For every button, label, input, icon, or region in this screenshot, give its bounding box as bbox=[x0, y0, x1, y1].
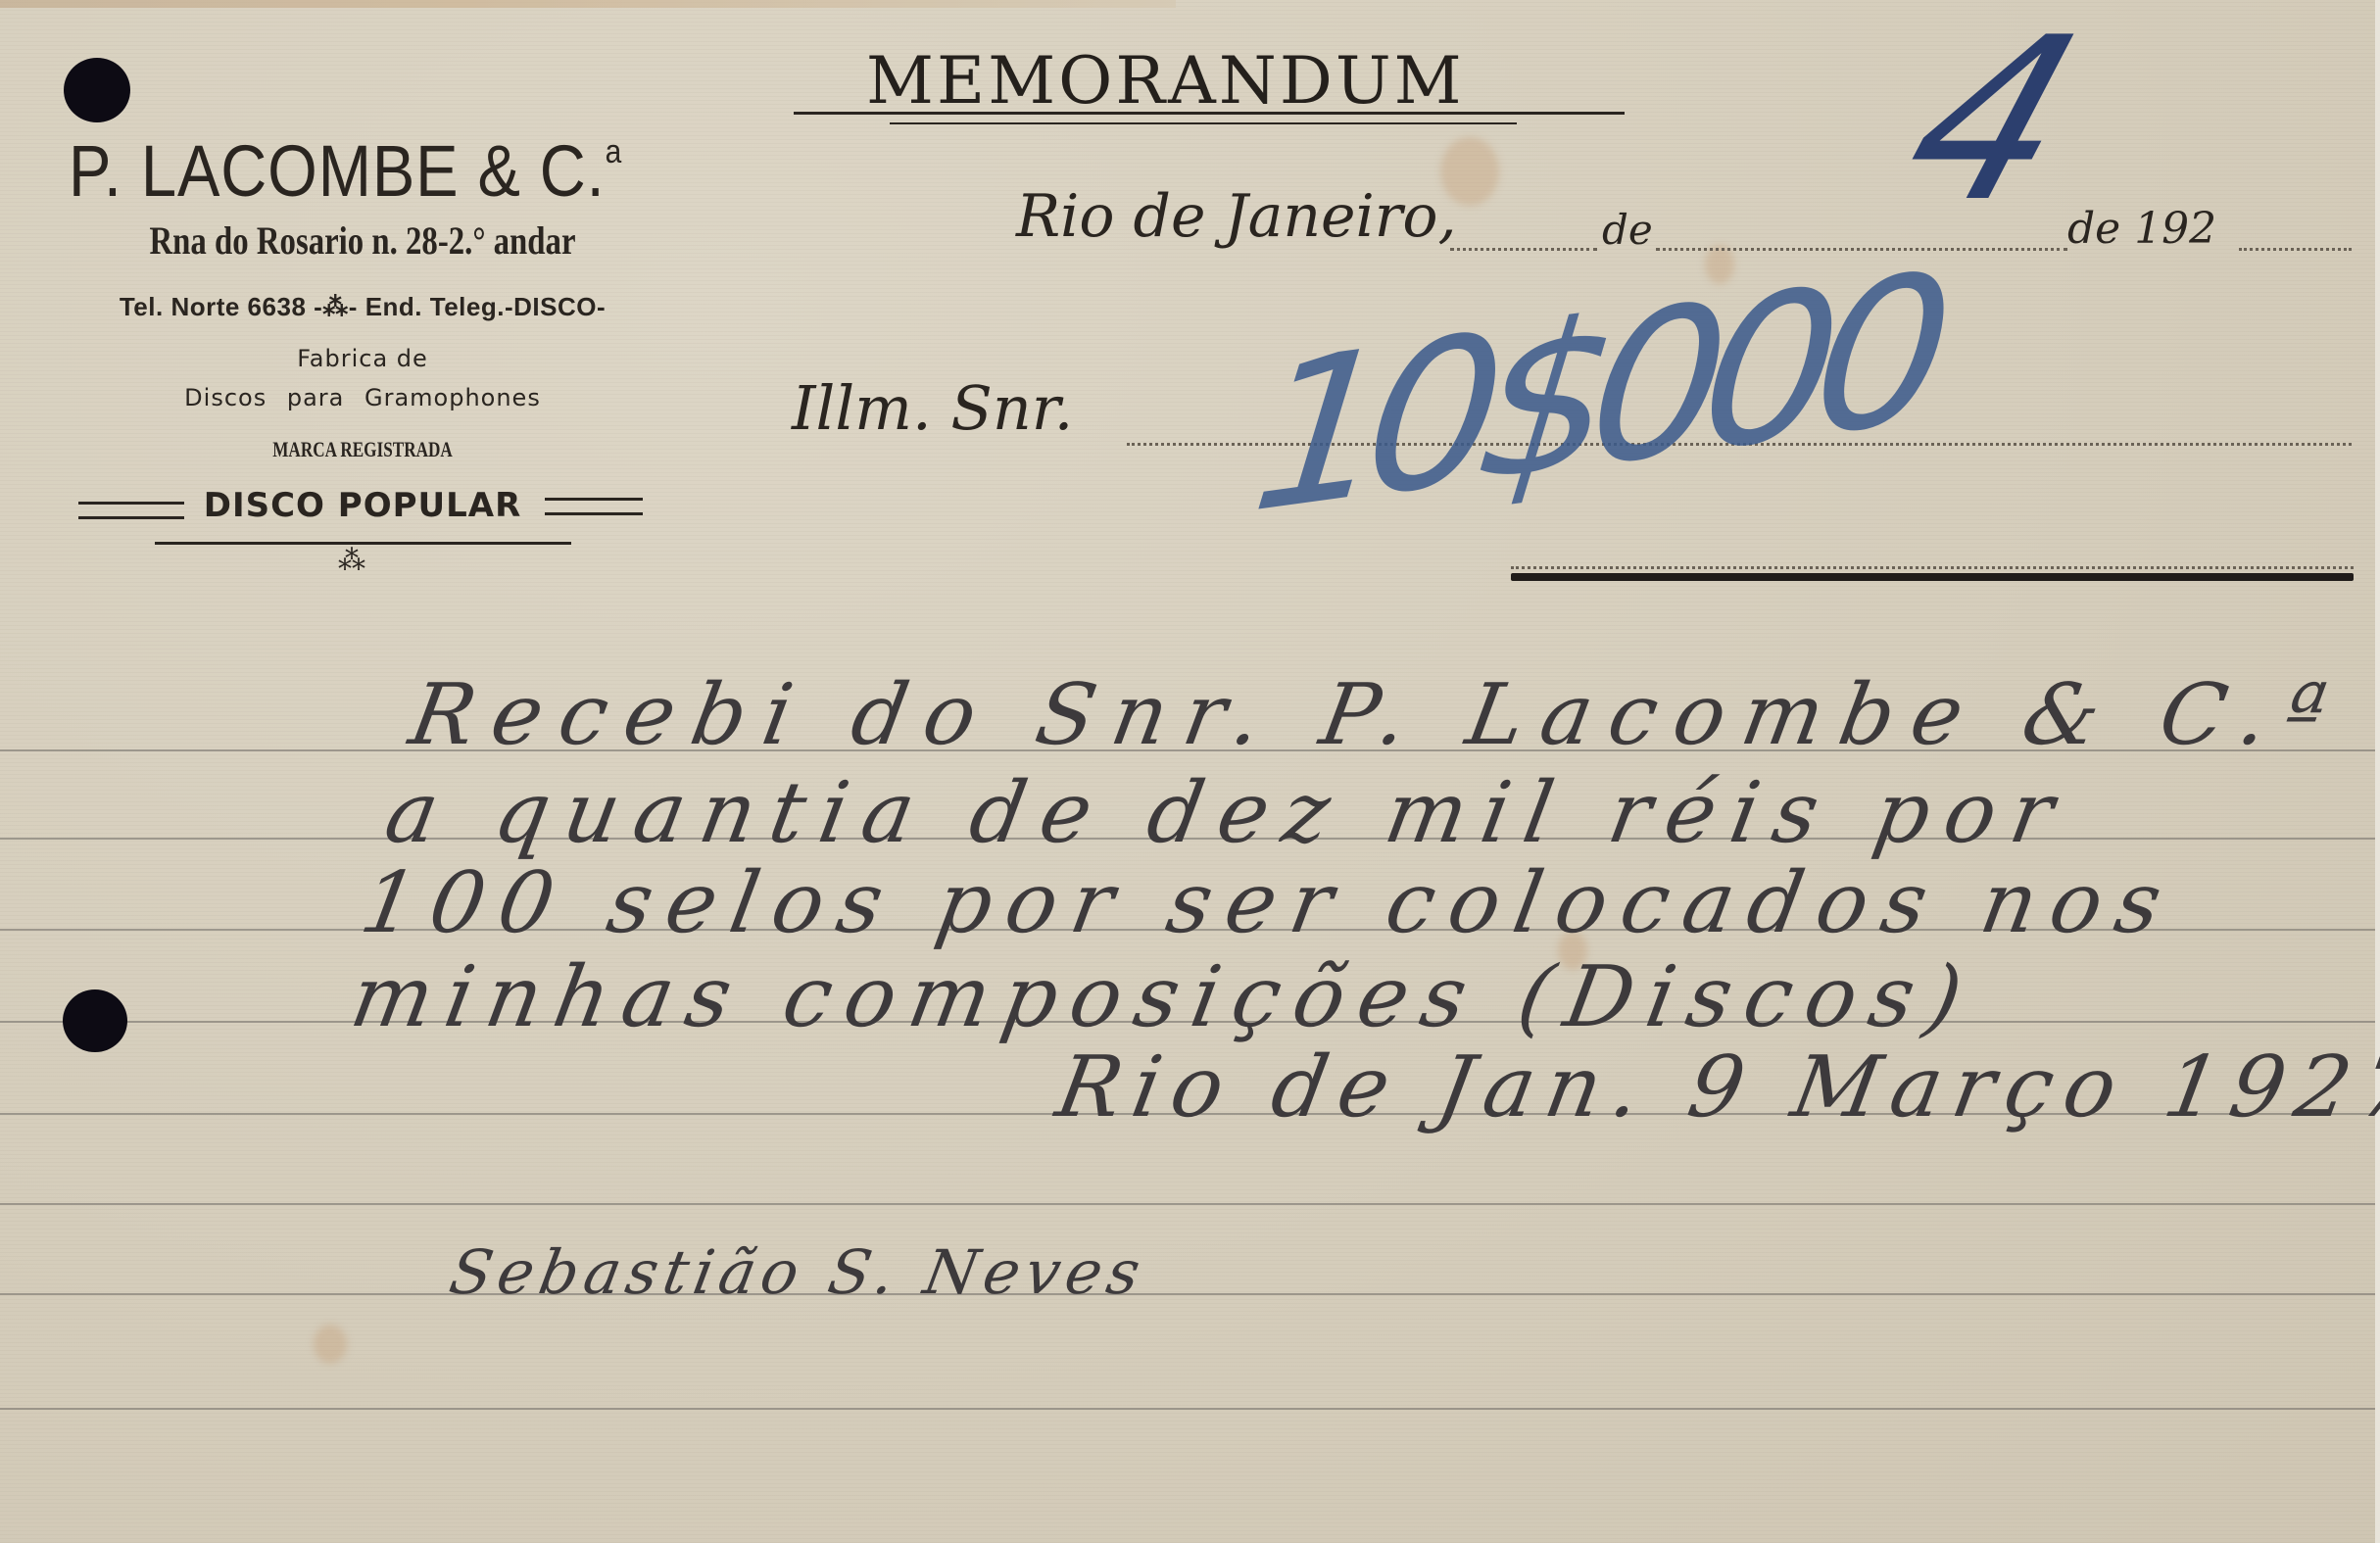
asterism-separator-icon: -⁂- bbox=[314, 292, 358, 321]
business-line-2: Discos para Gramophones bbox=[78, 384, 647, 411]
trademark-note: MARCA REGISTRADA bbox=[202, 437, 523, 462]
year-field-dots bbox=[2239, 248, 2352, 251]
handwritten-line-2: a quantia de dez mil réis por bbox=[378, 764, 2076, 862]
de-label-1: de bbox=[1602, 206, 1653, 254]
ruled-line bbox=[0, 1408, 2375, 1410]
handwritten-line-4: minhas composições (Discos) bbox=[344, 948, 1982, 1046]
form-title: MEMORANDUM bbox=[866, 43, 1465, 119]
handwritten-date-line: Rio de Jan. 9 Março 1927 bbox=[1049, 1038, 2380, 1136]
ruled-line bbox=[0, 1293, 2375, 1295]
handwritten-line-3: 100 selos por ser colocados nos bbox=[354, 854, 2183, 952]
header-thick-rule bbox=[1511, 573, 2354, 581]
foxing-stain bbox=[314, 1325, 347, 1364]
brand-name: DISCO POPULAR bbox=[186, 486, 539, 525]
handwritten-line-1: Recebi do Snr. P. Lacombe & C.ª bbox=[403, 666, 2351, 764]
double-rule-left bbox=[78, 502, 184, 519]
company-contact: Tel. Norte 6638 -⁂- End. Teleg.-DISCO- bbox=[29, 292, 696, 322]
business-line-1: Fabrica de bbox=[118, 345, 607, 372]
ornament-icon: ⁂ bbox=[338, 544, 365, 576]
title-underline-2 bbox=[890, 122, 1517, 124]
company-address: Rna do Rosario n. 28-2.° andar bbox=[114, 217, 611, 264]
double-rule-right bbox=[545, 498, 643, 515]
punch-hole-top bbox=[64, 58, 130, 122]
signature: Sebastião S. Neves bbox=[445, 1236, 1151, 1308]
paper-right-edge bbox=[2375, 0, 2380, 1543]
ruled-line bbox=[0, 1203, 2375, 1205]
address-field-dots bbox=[1511, 566, 2354, 569]
telegraph-address: End. Teleg.-DISCO- bbox=[365, 292, 606, 321]
day-field-dots bbox=[1450, 248, 1597, 251]
company-name: P. LACOMBE & C.a bbox=[69, 129, 586, 213]
top-edge-stain bbox=[0, 0, 1176, 8]
de-year-label: de 192 bbox=[2067, 204, 2216, 254]
place-label: Rio de Janeiro, bbox=[1016, 182, 1457, 251]
punch-hole-bottom bbox=[63, 989, 127, 1052]
title-underline-1 bbox=[794, 112, 1625, 115]
addressee-label: Illm. Snr. bbox=[792, 372, 1073, 444]
telephone: Tel. Norte 6638 bbox=[120, 292, 307, 321]
